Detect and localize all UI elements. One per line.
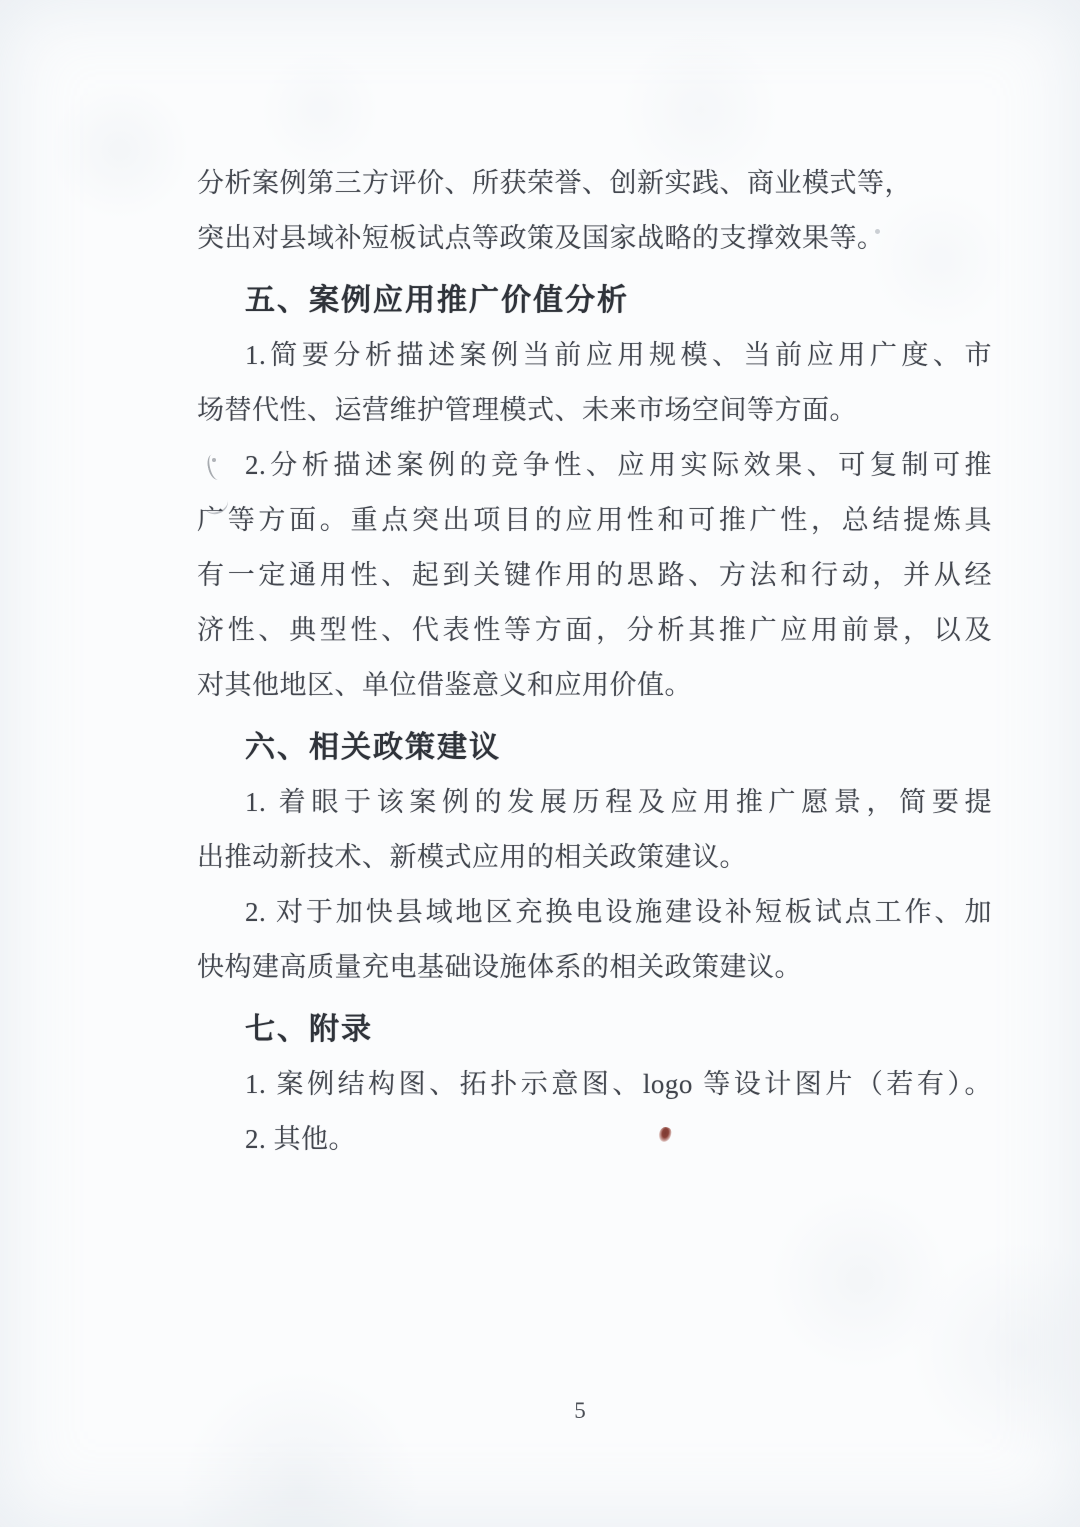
text-line: 广等方面。重点突出项目的应用性和可推广性，总结提炼具: [197, 493, 992, 548]
text-line: 有一定通用性、起到关键作用的思路、方法和行动，并从经: [197, 548, 992, 603]
text-line: 2. 其他。: [197, 1112, 992, 1167]
text-line: 1.简要分析描述案例当前应用规模、当前应用广度、市: [197, 328, 992, 383]
section-heading: 五、案例应用推广价值分析: [197, 273, 992, 328]
text-line: 2. 对于加快县域地区充换电设施建设补短板试点工作、加: [197, 885, 992, 940]
scanned-document-page: 分析案例第三方评价、所获荣誉、创新实践、商业模式等，突出对县域补短板试点等政策及…: [0, 0, 1080, 1527]
scanner-speck: [875, 229, 880, 234]
page-number: 5: [560, 1398, 600, 1424]
text-line: 1. 着眼于该案例的发展历程及应用推广愿景，简要提: [197, 775, 992, 830]
text-line: 对其他地区、单位借鉴意义和应用价值。: [197, 658, 992, 713]
text-line: 快构建高质量充电基础设施体系的相关政策建议。: [197, 940, 992, 995]
text-line: 分析案例第三方评价、所获荣誉、创新实践、商业模式等，: [197, 156, 992, 211]
text-line: 济性、典型性、代表性等方面，分析其推广应用前景，以及: [197, 603, 992, 658]
document-body: 分析案例第三方评价、所获荣誉、创新实践、商业模式等，突出对县域补短板试点等政策及…: [197, 156, 992, 1167]
text-line: 出推动新技术、新模式应用的相关政策建议。: [197, 830, 992, 885]
text-line: 1. 案例结构图、拓扑示意图、logo 等设计图片（若有）。: [197, 1057, 992, 1112]
text-line: 场替代性、运营维护管理模式、未来市场空间等方面。: [197, 383, 992, 438]
section-heading: 七、附录: [197, 1002, 992, 1057]
pencil-smudge-artifact: [200, 450, 246, 534]
text-line: 2.分析描述案例的竞争性、应用实际效果、可复制可推: [197, 438, 992, 493]
text-line: 突出对县域补短板试点等政策及国家战略的支撑效果等。: [197, 211, 992, 266]
section-heading: 六、相关政策建议: [197, 720, 992, 775]
